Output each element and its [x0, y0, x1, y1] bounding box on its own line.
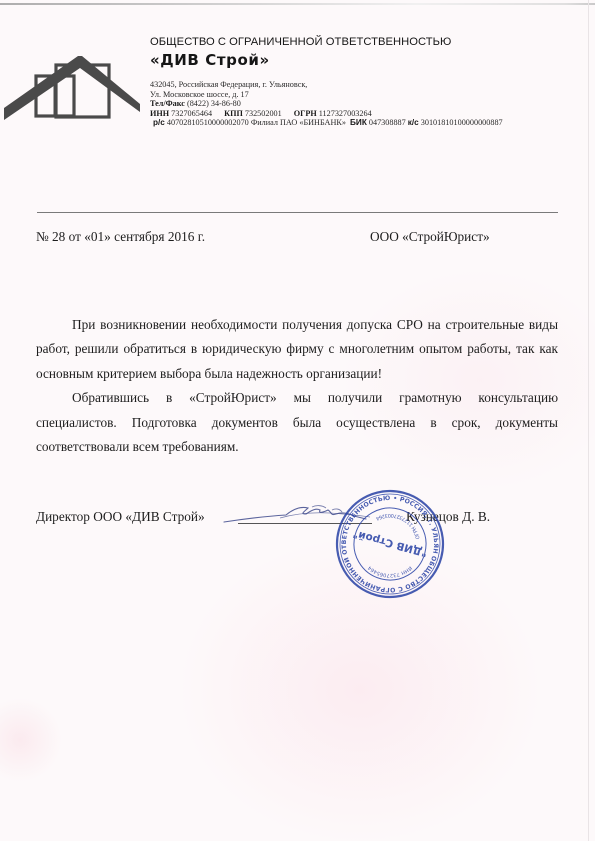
- kpp-value: 732502001: [245, 109, 282, 118]
- address-line-2: Ул. Московское шоссе, д. 17: [150, 90, 503, 100]
- bik-value: 047308887: [369, 118, 406, 127]
- phone-label: Тел/Факс: [150, 99, 185, 108]
- inn-label: ИНН: [150, 109, 169, 118]
- phone-line: Тел/Факс (8422) 34-86-80: [150, 99, 503, 109]
- signer-title: Директор ООО «ДИВ Строй»: [36, 509, 205, 525]
- company-name: «ДИВ Строй»: [150, 51, 570, 69]
- account-label: р/с: [153, 118, 165, 127]
- inn-value: 7327065464: [171, 109, 212, 118]
- scan-right-edge: [588, 0, 589, 841]
- body-paragraph: При возникновении необходимости получени…: [36, 313, 558, 386]
- header-divider: [37, 212, 558, 213]
- recipient: ООО «СтройЮрист»: [370, 229, 490, 245]
- address-line-1: 432045, Российская Федерация, г. Ульянов…: [150, 80, 503, 90]
- bank-line: р/с 40702810510000002070 Филиал ПАО «БИН…: [150, 118, 503, 128]
- body-paragraph: Обратившись в «СтройЮрист» мы получили г…: [36, 386, 558, 459]
- document-number-date: № 28 от «01» сентября 2016 г.: [36, 229, 205, 245]
- kpp-label: КПП: [224, 109, 243, 118]
- phone-value: (8422) 34-86-80: [187, 99, 241, 108]
- corr-account-label: к/с: [408, 118, 419, 127]
- house-icon: [2, 40, 142, 122]
- ogrn-label: ОГРН: [294, 109, 317, 118]
- company-seal-stamp: ОБЩЕСТВО С ОГРАНИЧЕННОЙ ОТВЕТСТВЕННОСТЬЮ…: [334, 488, 446, 600]
- company-heading: ОБЩЕСТВО С ОГРАНИЧЕННОЙ ОТВЕТСТВЕННОСТЬЮ…: [150, 36, 570, 69]
- ogrn-value: 1127327003264: [319, 109, 372, 118]
- registration-line: ИНН 7327065464 КПП 732502001 ОГРН 112732…: [150, 109, 503, 119]
- company-requisites: 432045, Российская Федерация, г. Ульянов…: [150, 80, 503, 128]
- bik-label: БИК: [350, 118, 367, 127]
- account-value: 40702810510000002070 Филиал ПАО «БИНБАНК…: [167, 118, 346, 127]
- letter-body: При возникновении необходимости получени…: [36, 313, 558, 459]
- company-legal-form: ОБЩЕСТВО С ОГРАНИЧЕННОЙ ОТВЕТСТВЕННОСТЬЮ: [150, 36, 570, 49]
- corr-account-value: 30101810100000000887: [421, 118, 503, 127]
- scan-top-edge: [0, 3, 595, 5]
